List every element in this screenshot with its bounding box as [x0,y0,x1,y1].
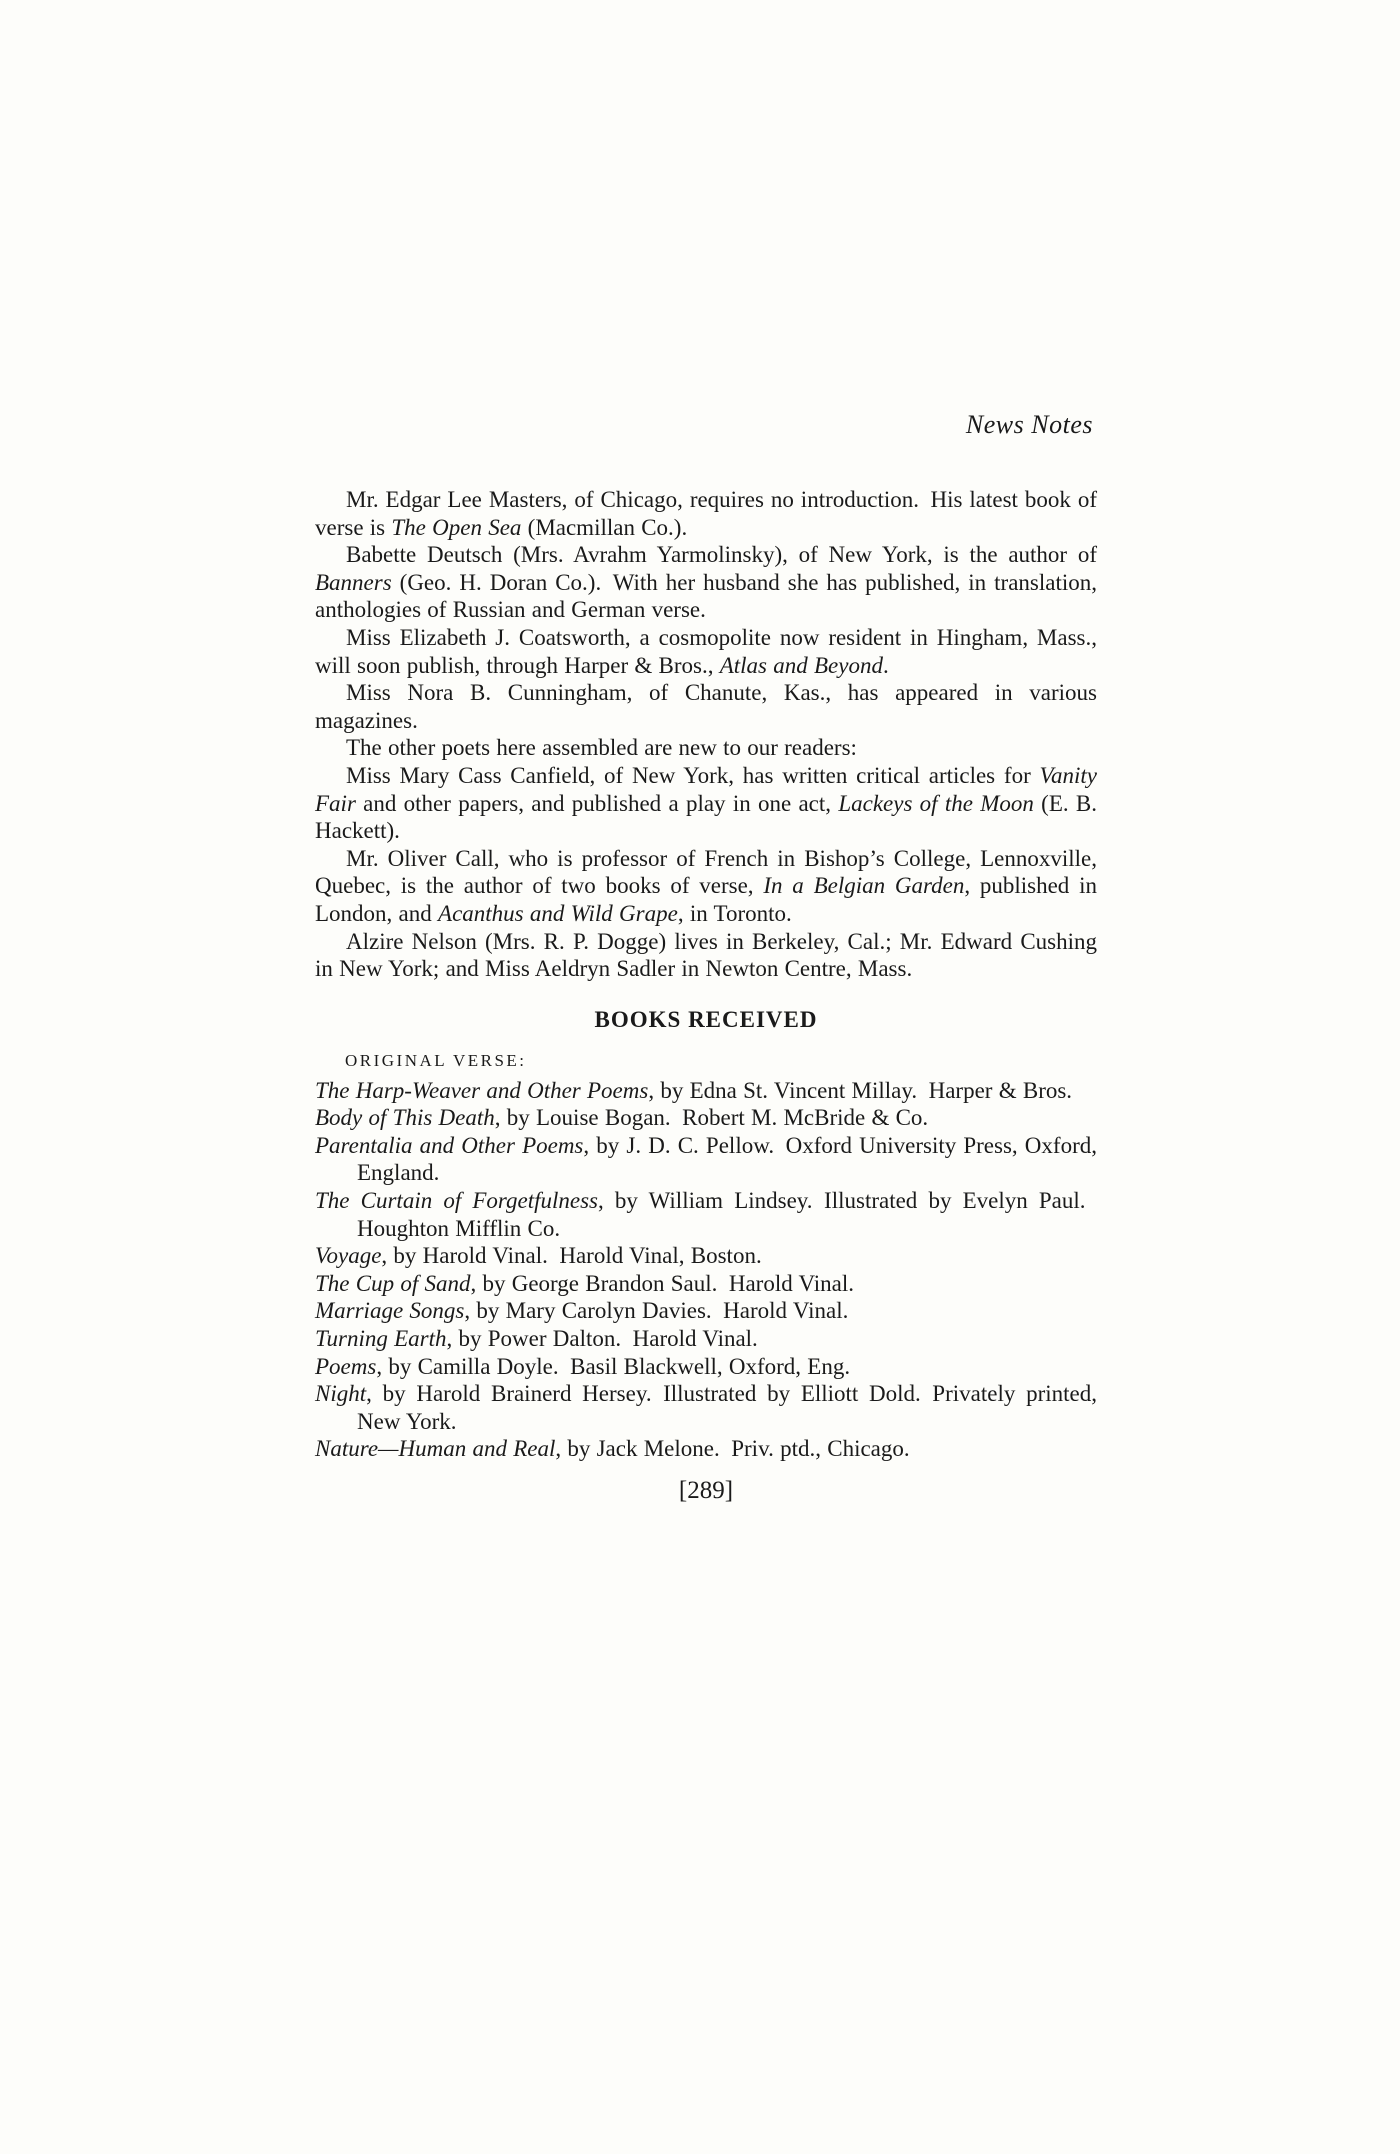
book-entry: Poems, by Camilla Doyle. Basil Blackwell… [315,1353,1097,1381]
running-head: News Notes [315,410,1097,440]
book-entry: Nature—Human and Real, by Jack Melone. P… [315,1435,1097,1463]
page-number: [289] [315,1477,1097,1505]
news-paragraph: Alzire Nelson (Mrs. R. P. Dogge) lives i… [315,928,1097,983]
book-entry: Body of This Death, by Louise Bogan. Rob… [315,1104,1097,1132]
news-paragraph: Babette Deutsch (Mrs. Avrahm Yarmolinsky… [315,541,1097,624]
book-entry: Parentalia and Other Poems, by J. D. C. … [315,1132,1097,1187]
news-paragraph: Miss Mary Cass Canfield, of New York, ha… [315,762,1097,845]
book-entry: Turning Earth, by Power Dalton. Harold V… [315,1325,1097,1353]
book-entry: The Curtain of Forgetfulness, by William… [315,1187,1097,1242]
book-entry: Marriage Songs, by Mary Carolyn Davies. … [315,1297,1097,1325]
book-entry: The Harp-Weaver and Other Poems, by Edna… [315,1077,1097,1105]
news-paragraph: The other poets here assembled are new t… [315,734,1097,762]
books-received-heading: BOOKS RECEIVED [315,1007,1097,1033]
scanned-book-page: News Notes Mr. Edgar Lee Masters, of Chi… [0,0,1400,2154]
news-notes-section: Mr. Edgar Lee Masters, of Chicago, requi… [315,486,1097,983]
book-entry: The Cup of Sand, by George Brandon Saul.… [315,1270,1097,1298]
news-paragraph: Mr. Edgar Lee Masters, of Chicago, requi… [315,486,1097,541]
book-entry: Voyage, by Harold Vinal. Harold Vinal, B… [315,1242,1097,1270]
book-list: The Harp-Weaver and Other Poems, by Edna… [315,1077,1097,1463]
news-paragraph: Mr. Oliver Call, who is professor of Fre… [315,845,1097,928]
news-paragraph: Miss Nora B. Cunningham, of Chanute, Kas… [315,679,1097,734]
running-head-title: News Notes [966,410,1093,439]
book-entry: Night, by Harold Brainerd Hersey. Illust… [315,1380,1097,1435]
text-column: News Notes Mr. Edgar Lee Masters, of Chi… [315,0,1097,1505]
news-paragraph: Miss Elizabeth J. Coatsworth, a cosmopol… [315,624,1097,679]
original-verse-label: ORIGINAL VERSE: [345,1051,1097,1071]
